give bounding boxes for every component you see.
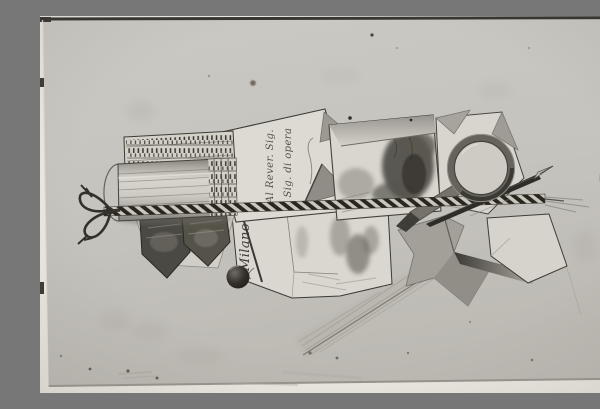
milano-inscription: Milano (238, 223, 253, 272)
left-edge-notch (40, 282, 44, 294)
artwork-canvas: Milano Al Rever. Sig. il Sig. di opera (40, 16, 600, 393)
address-line-1: Al Rever. Sig. (265, 129, 276, 204)
magnifying-glass (447, 134, 514, 201)
sheet-top-edge (40, 18, 600, 19)
photograph-of-trompe-loeil-artwork: Milano Al Rever. Sig. il Sig. di opera (40, 16, 600, 393)
envelope-with-milano: Milano (232, 209, 392, 298)
left-edge-notch (40, 78, 44, 87)
address-line-2: il Sig. di opera (283, 128, 294, 209)
wax-seal (227, 266, 250, 289)
